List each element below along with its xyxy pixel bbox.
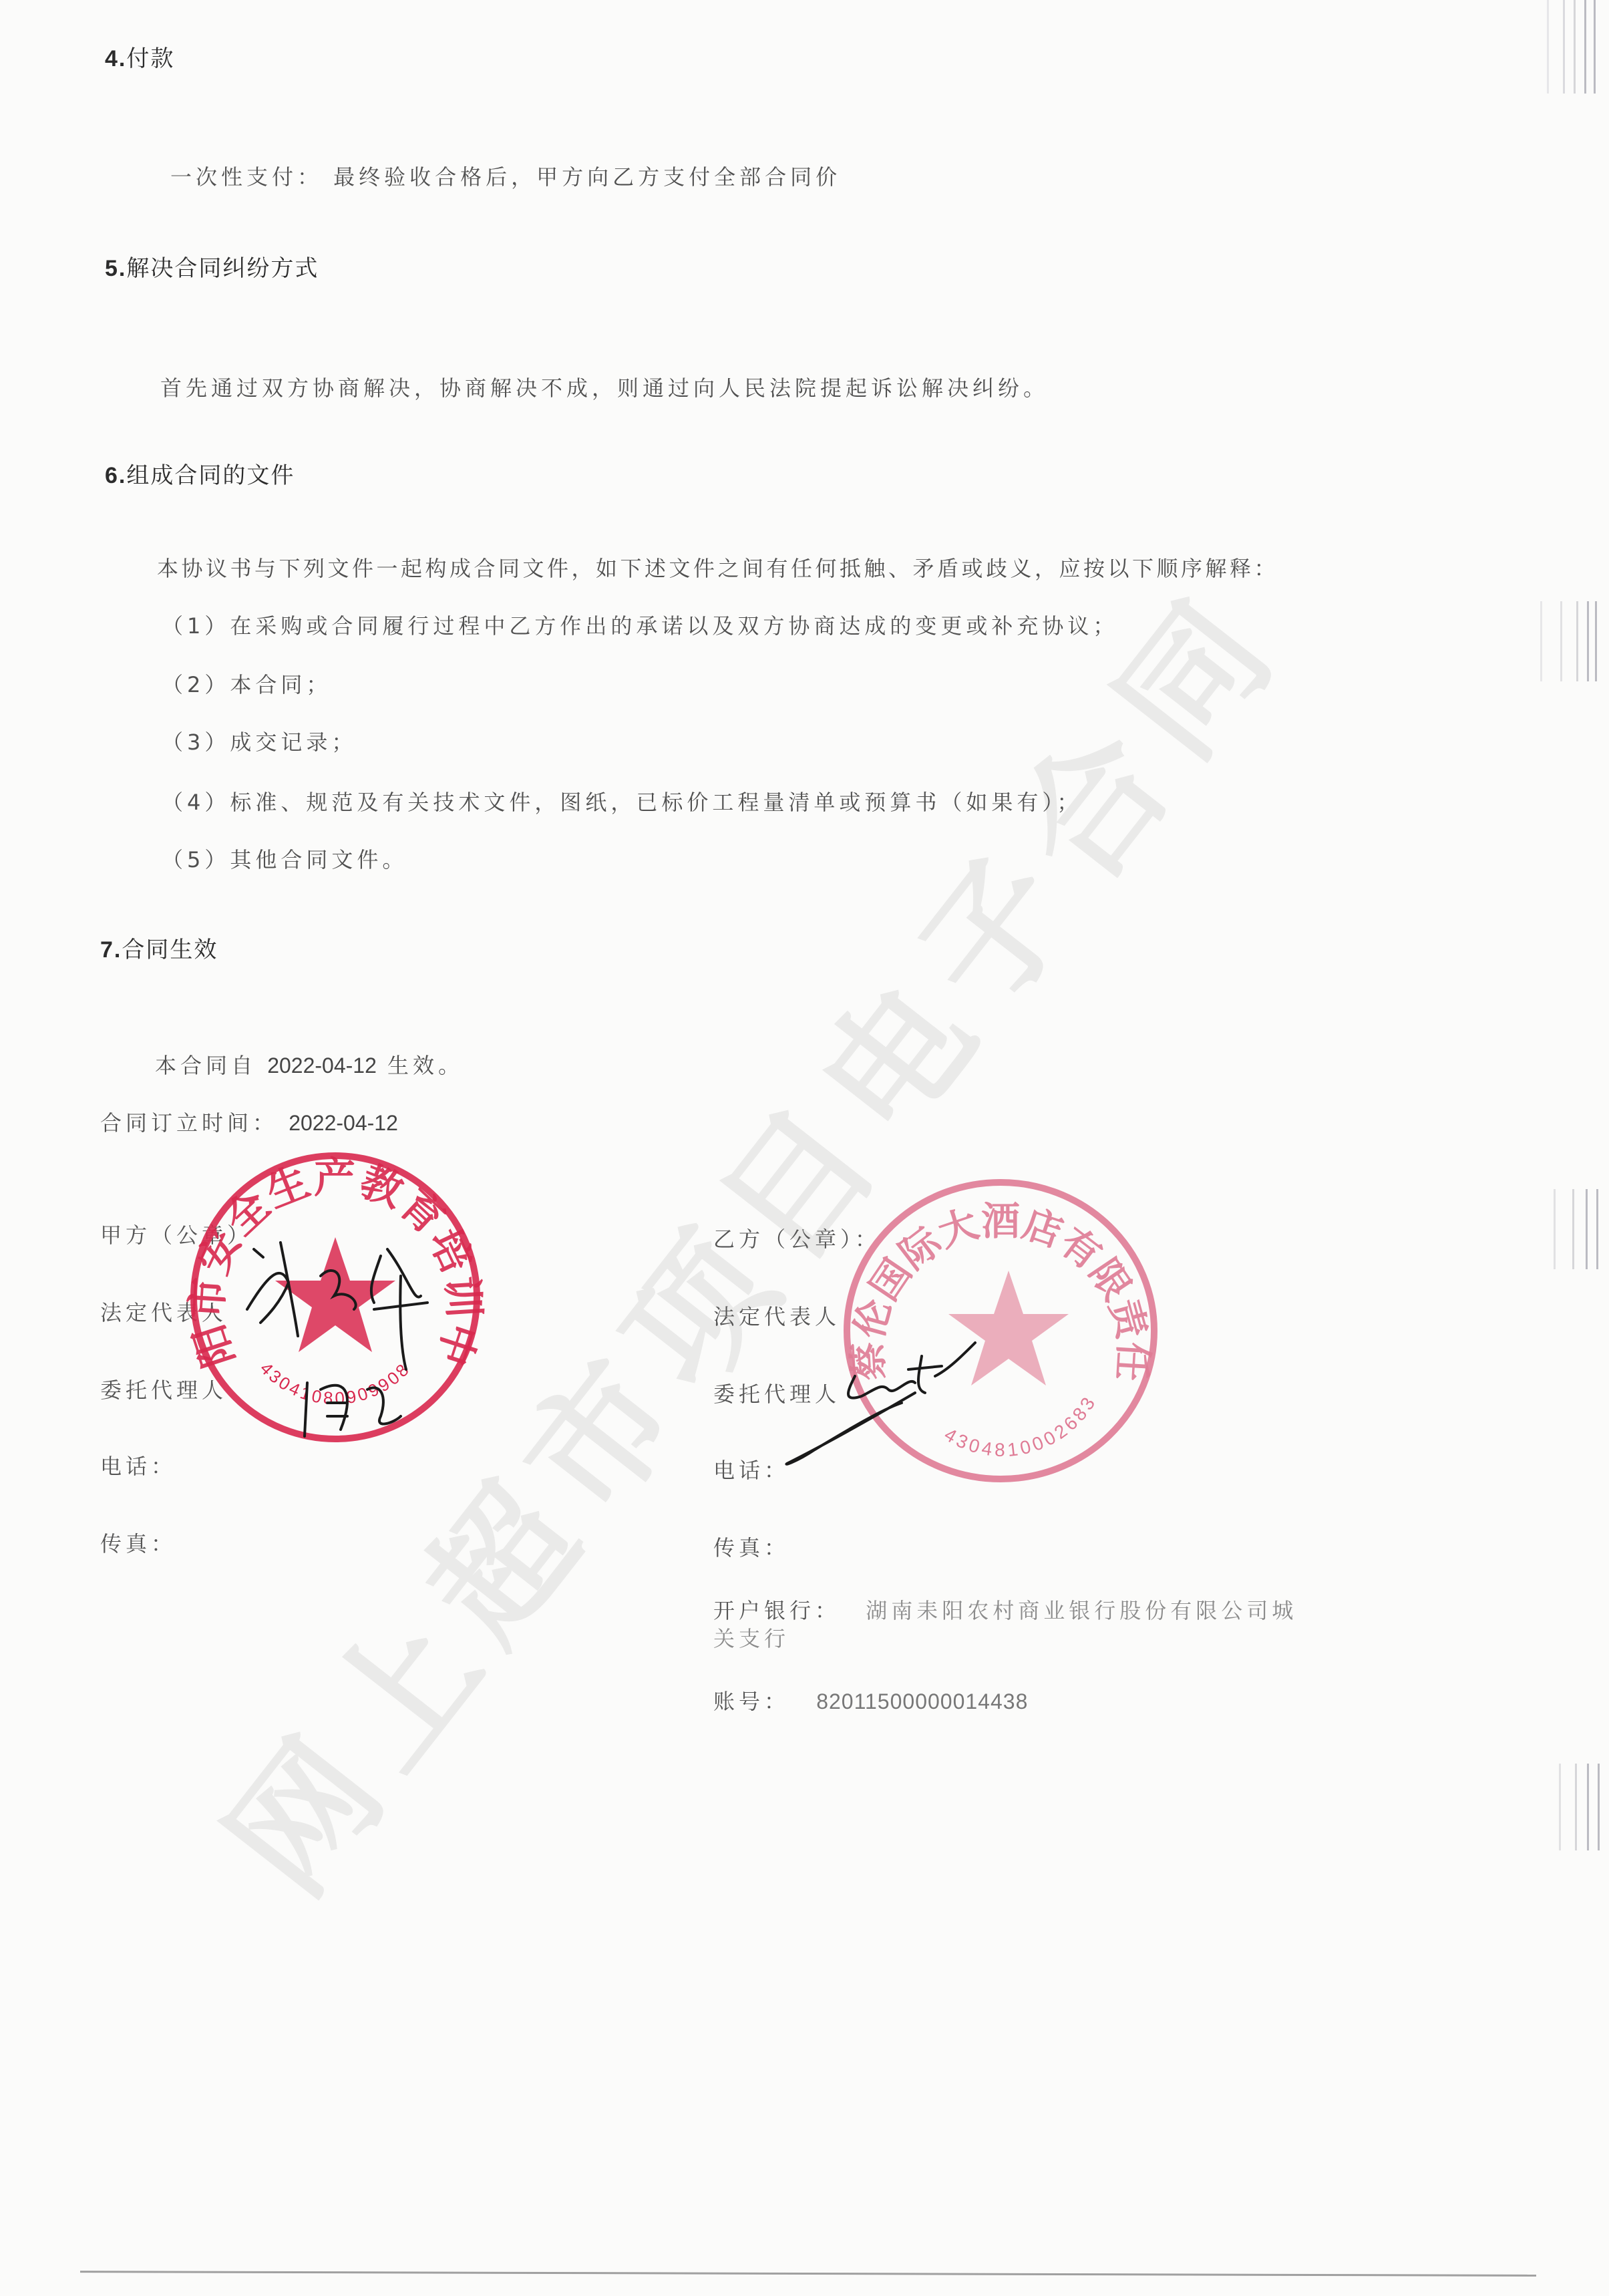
party-b-fax-label: 传真： [713, 1531, 789, 1562]
section-7-heading: 7.合同生效 [100, 931, 218, 964]
section-number: 7. [100, 937, 122, 963]
bank-label: 开户银行： [713, 1598, 840, 1623]
section-number: 5. [105, 256, 126, 281]
bank-value: 湖南耒阳农村商业银行股份有限公司城 [866, 1598, 1297, 1623]
scan-edge-artifact [1509, 1764, 1609, 1850]
section-6-heading: 6.组成合同的文件 [105, 457, 295, 490]
document-item: （4）标准、规范及有关技术文件，图纸，已标价工程量清单或预算书（如果有）； [162, 786, 1082, 816]
section-4-heading: 4.付款 [105, 40, 174, 73]
party-a-official-seal: 衡阳市安全生产教育培训中心 43041080909908 [182, 1144, 489, 1451]
account-number: 82011500000014438 [816, 1689, 1028, 1713]
document-item: （1）在采购或合同履行过程中乙方作出的承诺以及双方协商达成的变更或补充协议； [162, 609, 1118, 640]
document-item: （3）成交记录； [162, 725, 357, 756]
section-title: 解决合同纠纷方式 [126, 255, 319, 282]
document-item: （5）其他合同文件。 [162, 843, 407, 874]
documents-intro: 本协议书与下列文件一起构成合同文件，如下述文件之间有任何抵触、矛盾或歧义，应按以… [157, 552, 1278, 583]
effective-suffix: 生效。 [387, 1053, 464, 1078]
bank-value-continued: 关支行 [713, 1622, 789, 1653]
party-b-official-seal: 耒阳蔡伦国际大酒店有限责任公司 4304810002683 [834, 1170, 1168, 1491]
svg-text:43041080909908: 43041080909908 [256, 1358, 415, 1408]
account-label: 账号： [713, 1689, 789, 1714]
effective-date: 2022-04-12 [267, 1053, 377, 1078]
svg-text:4304810002683: 4304810002683 [941, 1391, 1101, 1460]
party-a-agent-label: 委托代理人 [100, 1373, 227, 1404]
section-number: 4. [105, 46, 126, 71]
scan-edge-artifact [1509, 0, 1609, 94]
party-b-agent-label: 委托代理人 [713, 1377, 840, 1408]
party-a-phone-label: 电话： [100, 1450, 176, 1480]
party-a-legal-rep-label: 法定代表人 [100, 1296, 227, 1327]
svg-text:耒阳蔡伦国际大酒店有限责任公司: 耒阳蔡伦国际大酒店有限责任公司 [834, 1170, 1156, 1382]
party-b-legal-rep-label: 法定代表人 [713, 1300, 840, 1331]
party-b-seal-label: 乙方（公章）： [713, 1222, 880, 1253]
document-item: （2）本合同； [162, 668, 331, 699]
section-title: 组成合同的文件 [126, 462, 295, 489]
party-b-account-line: 账号： 82011500000014438 [713, 1685, 1028, 1715]
section-number: 6. [105, 463, 126, 488]
signing-date: 2022-04-12 [289, 1111, 398, 1135]
scan-edge-artifact [1509, 601, 1609, 681]
effective-prefix: 本合同自 [155, 1053, 256, 1078]
section-5-heading: 5.解决合同纠纷方式 [105, 250, 319, 283]
page-bottom-rule [80, 2271, 1536, 2277]
dispute-resolution-text: 首先通过双方协商解决，协商解决不成，则通过向人民法院提起诉讼解决纠纷。 [160, 371, 1049, 402]
section-title: 付款 [126, 45, 174, 72]
party-b-bank-line: 开户银行： 湖南耒阳农村商业银行股份有限公司城 [713, 1594, 1297, 1625]
party-a-seal-label: 甲方（公章） [100, 1218, 252, 1249]
signing-date-line: 合同订立时间： 2022-04-12 [100, 1106, 398, 1137]
scan-edge-artifact [1509, 1189, 1609, 1269]
effective-date-line: 本合同自 2022-04-12 生效。 [155, 1049, 464, 1080]
signing-label: 合同订立时间： [100, 1110, 278, 1136]
svg-text:衡阳市安全生产教育培训中心: 衡阳市安全生产教育培训中心 [182, 1144, 489, 1373]
party-a-fax-label: 传真： [100, 1527, 176, 1558]
payment-terms: 一次性支付： 最终验收合格后，甲方向乙方支付全部合同价 [170, 160, 841, 191]
section-title: 合同生效 [122, 937, 218, 963]
party-a-handwritten-signature [240, 1236, 481, 1456]
party-b-phone-label: 电话： [713, 1454, 789, 1484]
